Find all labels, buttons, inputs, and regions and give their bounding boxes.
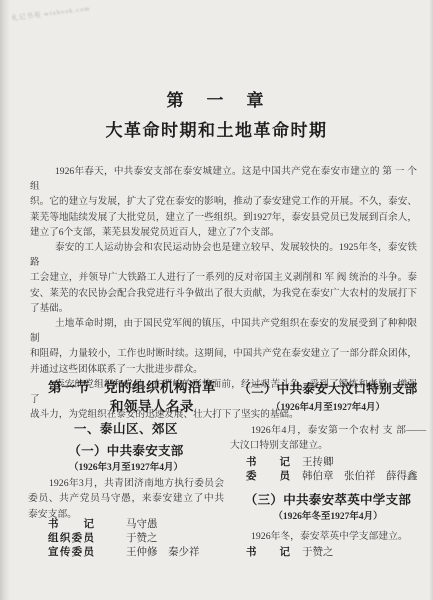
two-column-section: 第一节 党的组织机构沿革 和领导人名录 一、泰山区、郊区 （一）中共泰安支部 （… <box>28 379 426 561</box>
officer-names: 于赞之 <box>126 532 158 546</box>
text-line: 土地革命时期，由于国民党军阀的镇压，中国共产党组织在泰安的发展受到了种种限制 <box>30 316 417 346</box>
paragraph-2: 泰安的工人运动协会和农民运动协会也是建立较早、发展较快的。1925年冬，泰安铁路… <box>30 240 417 316</box>
text-line: 了基础。 <box>30 301 417 316</box>
chapter-title: 第 一 章 <box>0 86 433 111</box>
unit1-officers: 书记 马守愚 组织委员 于赞之 宣传委员 王仲修 秦少祥 <box>28 518 224 561</box>
text-line: 和阻碍，力量较小，工作也时断时续。这期间，中国共产党在泰安建立了一部分群众团体， <box>30 346 417 361</box>
officer-names: 王仲修 秦少祥 <box>126 546 200 560</box>
section-heading-line2: 和领导人名录 <box>110 398 224 415</box>
officer-role: 宣传委员 <box>48 546 94 560</box>
officer-role: 书记 <box>246 546 290 560</box>
watermark: 札记书苑 wixbook.com <box>11 3 91 22</box>
text-line: 泰安的工人运动协会和农民运动协会也是建立较早、发展较快的。1925年冬，泰安铁路 <box>30 240 417 270</box>
unit2-dates: （1926年4月至1927年4月） <box>230 402 426 415</box>
officer-row: 书记 王抟卿 <box>230 456 426 470</box>
text-line: 安、莱芜的农民协会配合我党进行斗争做出了很大贡献，为我党在泰安广大农村的发展打下 <box>30 286 417 301</box>
unit3-officers: 书记 于赞之 <box>230 546 426 560</box>
paragraph-1: 1926年春天，中共泰安支部在泰安城建立。这是中国共产党在泰安市建立的 第 一 … <box>30 164 417 240</box>
unit2-body: 1926年4月，泰安第一个农村 支 部—— 大汶口特别支部建立。 <box>230 423 426 454</box>
text-line: 1926年3月，共青团济南地方执行委员会 <box>28 476 224 491</box>
officer-role: 委员 <box>246 470 290 484</box>
officer-names: 于赞之 <box>302 546 334 560</box>
officer-row: 书记 马守愚 <box>28 518 224 532</box>
text-line: 并通过这些团体联系了一大批进步群众。 <box>30 362 417 377</box>
text-line: 织。它的建立与发展，扩大了党在泰安的影响，推动了泰安建党工作的开展。不久，泰安、 <box>30 194 417 209</box>
officer-role: 组织委员 <box>48 532 94 546</box>
unit1-body: 1926年3月，共青团济南地方执行委员会 委员、共产党员马守愚，来泰安建立了中共… <box>28 476 224 522</box>
text-line: 建立了6个支部，莱芜县发展党员近百人，建立了7个支部。 <box>30 225 417 240</box>
text-line: 大汶口特别支部建立。 <box>230 438 426 453</box>
officer-names: 王抟卿 <box>302 456 334 470</box>
paragraph-3: 土地革命时期，由于国民党军阀的镇压，中国共产党组织在泰安的发展受到了种种限制 和… <box>30 316 417 377</box>
right-column: （二）中共泰安大汶口特别支部 （1926年4月至1927年4月） 1926年4月… <box>230 379 426 561</box>
text-line: 工会建立，并领导广大铁路工人进行了一系列的反对帝国主义剥削和 军 阀 统治的斗争… <box>30 270 417 285</box>
unit3-dates: （1926年冬至1927年4月） <box>230 511 426 524</box>
officer-row: 书记 于赞之 <box>230 546 426 560</box>
unit1-dates: （1926年3月至1927年4月） <box>28 462 224 475</box>
unit2-title: （二）中共泰安大汶口特别支部 <box>230 381 426 397</box>
officer-row: 组织委员 于赞之 <box>28 532 224 546</box>
text-line: 委员、共产党员马守愚，来泰安建立了中共 <box>28 491 224 506</box>
text-line: 1926年春天，中共泰安支部在泰安城建立。这是中国共产党在泰安市建立的 第 一 … <box>30 164 417 194</box>
unit3-body: 1926年冬，泰安萃英中学支部建立。 <box>230 529 426 544</box>
text-line: 莱芜等地陆续发展了大批党员，建立了一些组织。到1927年，泰安县党员已发展到百余… <box>30 210 417 225</box>
officer-row: 宣传委员 王仲修 秦少祥 <box>28 546 224 560</box>
region-heading: 一、泰山区、郊区 <box>28 421 224 437</box>
officer-role: 书记 <box>246 456 290 470</box>
unit2-officers: 书记 王抟卿 委员 韩伯章 张伯祥 薛得鑫 <box>230 456 426 484</box>
officer-row: 委员 韩伯章 张伯祥 薛得鑫 <box>230 470 426 484</box>
officer-role: 书记 <box>48 518 94 532</box>
left-column: 第一节 党的组织机构沿革 和领导人名录 一、泰山区、郊区 （一）中共泰安支部 （… <box>28 379 224 561</box>
unit1-title: （一）中共泰安支部 <box>28 443 224 459</box>
chapter-subtitle: 大革命时期和土地革命时期 <box>0 116 433 141</box>
officer-names: 马守愚 <box>126 518 158 532</box>
book-page: 札记书苑 wixbook.com 第 一 章 大革命时期和土地革命时期 1926… <box>0 0 433 600</box>
unit3-title: （三）中共泰安萃英中学支部 <box>230 492 426 508</box>
officer-names: 韩伯章 张伯祥 薛得鑫 <box>302 470 418 484</box>
text-line: 1926年冬，泰安萃英中学支部建立。 <box>230 529 426 544</box>
text-line: 1926年4月，泰安第一个农村 支 部—— <box>230 423 426 438</box>
section-heading-line1: 第一节 党的组织机构沿革 <box>48 379 224 396</box>
